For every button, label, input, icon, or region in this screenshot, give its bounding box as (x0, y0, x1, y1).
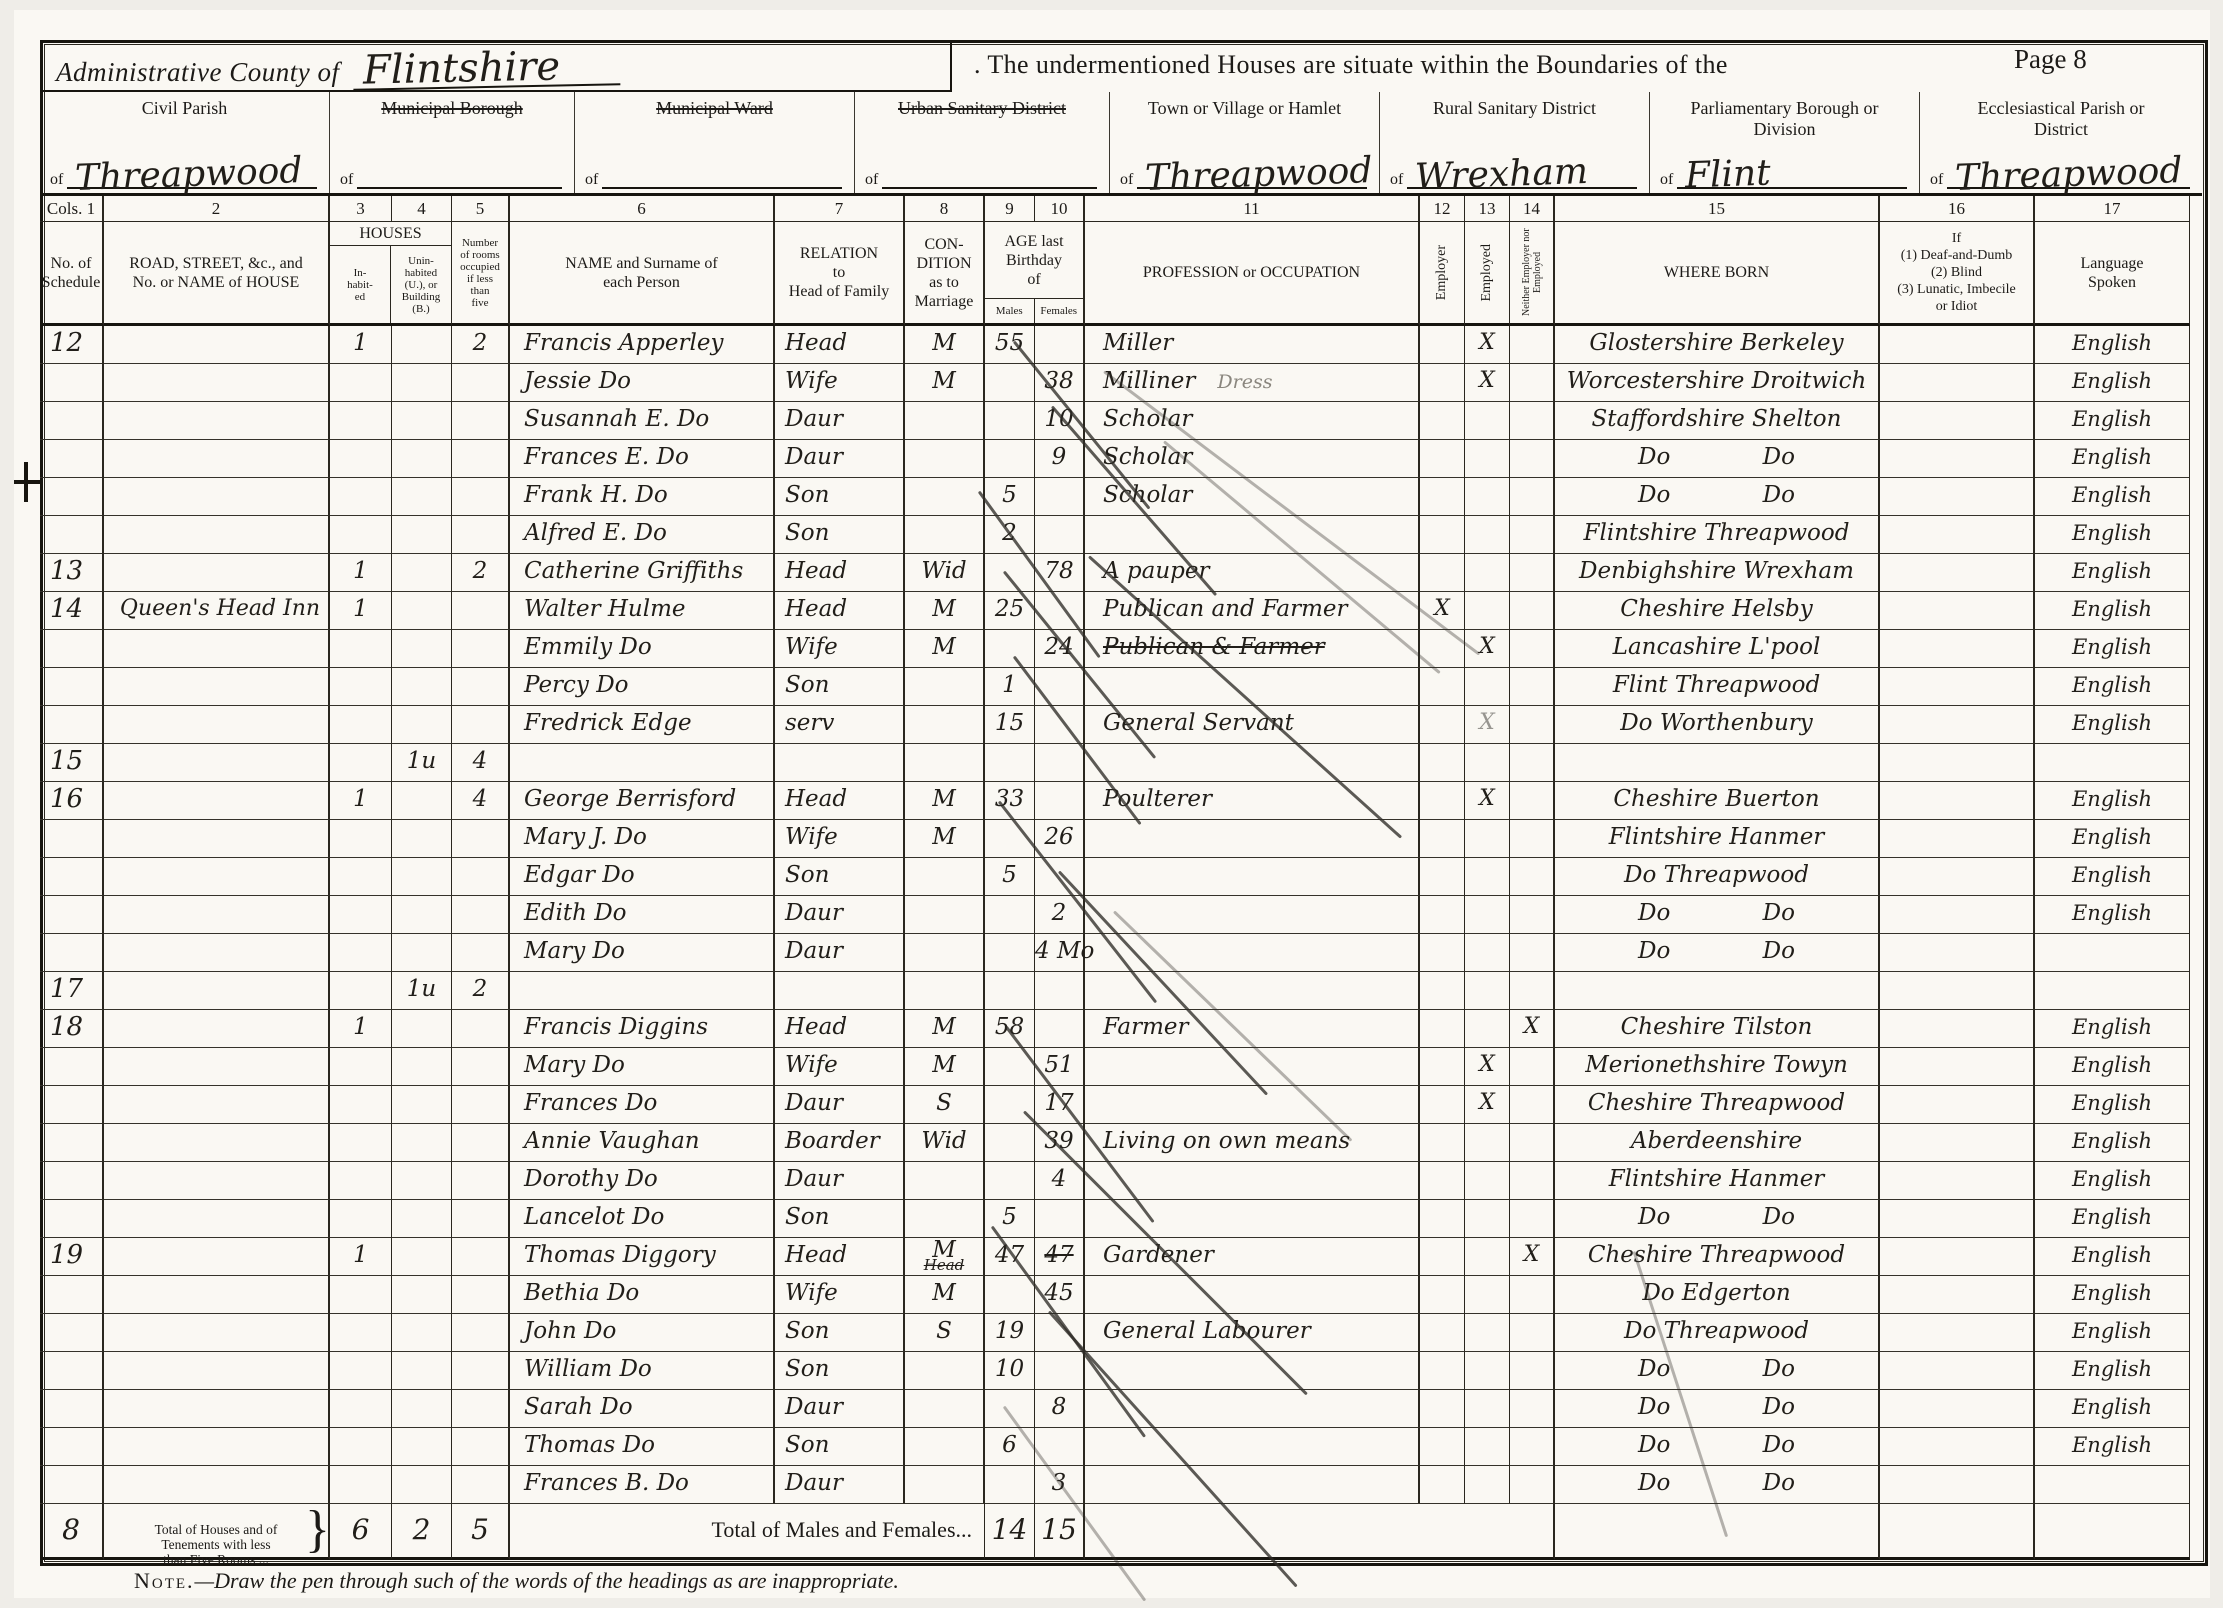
cell-employer-mark (1420, 1162, 1465, 1200)
column-number: 6 (510, 196, 775, 222)
cell-relation: Wife (775, 820, 905, 858)
cell-occupation (1085, 668, 1420, 706)
cell-relation: Boarder (775, 1124, 905, 1162)
cell-road-street (104, 440, 330, 478)
cell-age-male (985, 364, 1035, 402)
cell-where-born: Denbighshire Wrexham (1555, 554, 1880, 592)
cell-age-male (985, 554, 1035, 592)
cell-where-born: Glostershire Berkeley (1555, 326, 1880, 364)
cell-neither-mark (1510, 516, 1555, 554)
cell-where-born: Merionethshire Towyn (1555, 1048, 1880, 1086)
cell-where-born: Cheshire Tilston (1555, 1010, 1880, 1048)
cell-language (2035, 934, 2190, 972)
cell-inhabited (330, 630, 392, 668)
cell-neither-mark (1510, 592, 1555, 630)
cell-inhabited (330, 1428, 392, 1466)
cell-employed-mark (1465, 1124, 1510, 1162)
cell-person-name: Emmily Do (510, 630, 775, 668)
cell-age-male (985, 934, 1035, 972)
header-where-born: WHERE BORN (1555, 222, 1880, 326)
cell-age-male (985, 440, 1035, 478)
cell-schedule (40, 364, 104, 402)
cell-age-female: 26 (1035, 820, 1085, 858)
cell-road-street (104, 668, 330, 706)
cell-schedule (40, 1352, 104, 1390)
cell-schedule (40, 668, 104, 706)
cell-employer-mark (1420, 706, 1465, 744)
column-number: 9 (985, 196, 1035, 222)
header-age-females: Females (1035, 299, 1084, 323)
cell-relation: Wife (775, 1276, 905, 1314)
cell-relation: Head (775, 1238, 905, 1276)
cell-road-street (104, 1086, 330, 1124)
cell-road-street (104, 1200, 330, 1238)
cell-rooms (452, 440, 510, 478)
cell-person-name: Walter Hulme (510, 592, 775, 630)
cell-where-born: Flintshire Hanmer (1555, 820, 1880, 858)
cell-inhabited (330, 1162, 392, 1200)
cell-employed-mark (1465, 516, 1510, 554)
cell-relation: Daur (775, 896, 905, 934)
header-condition: CON- DITION as to Marriage (905, 222, 985, 326)
cell-where-born (1555, 744, 1880, 782)
cell-where-born: Do Do (1555, 1466, 1880, 1504)
cell-age-male: 5 (985, 478, 1035, 516)
cell-condition (905, 972, 985, 1010)
cell-road-street (104, 478, 330, 516)
cell-infirmity (1880, 1010, 2035, 1048)
cell-age-female (1035, 668, 1085, 706)
cell-schedule (40, 402, 104, 440)
cell-inhabited (330, 402, 392, 440)
header-relation: RELATION to Head of Family (775, 222, 905, 326)
header-name: NAME and Surname of each Person (510, 222, 775, 326)
district-label: Civil Parish (40, 98, 329, 119)
cell-where-born: Do Edgerton (1555, 1276, 1880, 1314)
cell-age-female: 47 (1035, 1238, 1085, 1276)
cell-inhabited (330, 1276, 392, 1314)
cell-employer-mark (1420, 972, 1465, 1010)
district-box-5: Town or Village or HamletofThreapwood (1110, 92, 1380, 193)
cell-age-female: 10 (1035, 402, 1085, 440)
cell-relation: Head (775, 326, 905, 364)
cell-infirmity (1880, 1124, 2035, 1162)
cell-where-born: Cheshire Helsby (1555, 592, 1880, 630)
cell-age-female: 2 (1035, 896, 1085, 934)
cell-age-female: 51 (1035, 1048, 1085, 1086)
cell-schedule: 12 (40, 326, 104, 364)
total-schedule: 8 (40, 1504, 104, 1560)
cell-language: English (2035, 326, 2190, 364)
cell-neither-mark (1510, 1466, 1555, 1504)
district-box-3: Municipal Wardof (575, 92, 855, 193)
total-blank-infirmity (1880, 1504, 2035, 1560)
cell-condition: M (905, 326, 985, 364)
cell-rooms (452, 1124, 510, 1162)
of-word: of (340, 171, 353, 189)
cell-inhabited (330, 516, 392, 554)
cell-condition (905, 402, 985, 440)
district-value: Wrexham (1415, 154, 1589, 196)
cell-uninhabited (392, 1048, 452, 1086)
cell-condition: M (905, 364, 985, 402)
cell-condition: M (905, 1276, 985, 1314)
cell-age-male (985, 820, 1035, 858)
cell-person-name: Lancelot Do (510, 1200, 775, 1238)
cell-rooms (452, 1276, 510, 1314)
cell-person-name: Fredrick Edge (510, 706, 775, 744)
cell-inhabited (330, 478, 392, 516)
cell-relation: Daur (775, 1466, 905, 1504)
paper-sheet: Administrative County of Flintshire . Th… (14, 10, 2210, 1598)
cell-infirmity (1880, 478, 2035, 516)
cell-uninhabited (392, 896, 452, 934)
header-employed: Employed (1465, 222, 1510, 326)
of-word: of (50, 171, 63, 189)
cell-neither-mark (1510, 1200, 1555, 1238)
cell-language: English (2035, 554, 2190, 592)
cell-relation: Wife (775, 1048, 905, 1086)
cell-occupation (1085, 1428, 1420, 1466)
cell-where-born: Do Threapwood (1555, 1314, 1880, 1352)
cell-employed-mark (1465, 934, 1510, 972)
cell-schedule (40, 858, 104, 896)
cell-inhabited: 1 (330, 554, 392, 592)
header-inhabited: In- habit- ed (330, 246, 391, 323)
cell-occupation (1085, 972, 1420, 1010)
cell-infirmity (1880, 820, 2035, 858)
cell-occupation (1085, 896, 1420, 934)
cell-employer-mark (1420, 326, 1465, 364)
header-schedule: No. of Schedule (40, 222, 104, 326)
cell-schedule (40, 706, 104, 744)
cell-uninhabited (392, 668, 452, 706)
header-rooms: Number of rooms occupied if less than fi… (452, 222, 510, 326)
cell-occupation: Living on own means (1085, 1124, 1420, 1162)
cell-employer-mark (1420, 1390, 1465, 1428)
cell-infirmity (1880, 972, 2035, 1010)
cell-employed-mark (1465, 896, 1510, 934)
cell-neither-mark (1510, 668, 1555, 706)
header-houses: HOUSES (330, 222, 451, 246)
cell-age-male (985, 1124, 1035, 1162)
cell-rooms (452, 1048, 510, 1086)
cell-employed-mark (1465, 1200, 1510, 1238)
cell-inhabited: 1 (330, 1238, 392, 1276)
cell-schedule (40, 1200, 104, 1238)
cell-infirmity (1880, 440, 2035, 478)
cell-where-born: Do Do (1555, 896, 1880, 934)
cell-age-female (1035, 1010, 1085, 1048)
cell-infirmity (1880, 1352, 2035, 1390)
cell-person-name: Mary J. Do (510, 820, 775, 858)
cell-neither-mark (1510, 554, 1555, 592)
cell-schedule (40, 934, 104, 972)
cell-inhabited (330, 858, 392, 896)
district-box-6: Rural Sanitary DistrictofWrexham (1380, 92, 1650, 193)
cell-employer-mark (1420, 782, 1465, 820)
footnote: Note.—Draw the pen through such of the w… (134, 1568, 899, 1594)
cell-rooms (452, 934, 510, 972)
cell-age-female (1035, 1352, 1085, 1390)
cell-rooms (452, 896, 510, 934)
cell-employed-mark (1465, 402, 1510, 440)
cell-infirmity (1880, 630, 2035, 668)
cell-age-female (1035, 744, 1085, 782)
cell-employer-mark (1420, 1200, 1465, 1238)
cell-relation: Son (775, 1428, 905, 1466)
footnote-text: —Draw the pen through such of the words … (195, 1568, 899, 1593)
cell-neither-mark (1510, 478, 1555, 516)
cell-uninhabited (392, 364, 452, 402)
cell-language: English (2035, 896, 2190, 934)
cell-inhabited: 1 (330, 592, 392, 630)
cell-person-name: Mary Do (510, 934, 775, 972)
cell-relation: Son (775, 668, 905, 706)
district-label: Municipal Ward (575, 98, 854, 119)
cell-neither-mark (1510, 1124, 1555, 1162)
cell-relation: Son (775, 1352, 905, 1390)
cell-uninhabited: 1u (392, 744, 452, 782)
cell-neither-mark (1510, 896, 1555, 934)
cell-age-female (1035, 1428, 1085, 1466)
cell-uninhabited (392, 1162, 452, 1200)
cell-infirmity (1880, 858, 2035, 896)
cell-where-born: Do Do (1555, 478, 1880, 516)
cell-condition (905, 1390, 985, 1428)
cell-rooms: 2 (452, 326, 510, 364)
cell-language: English (2035, 1010, 2190, 1048)
column-number: 12 (1420, 196, 1465, 222)
cell-language: English (2035, 782, 2190, 820)
header-infirmity: If (1) Deaf-and-Dumb (2) Blind (3) Lunat… (1880, 222, 2035, 326)
cell-infirmity (1880, 326, 2035, 364)
cell-age-male (985, 972, 1035, 1010)
cell-uninhabited (392, 592, 452, 630)
cell-road-street (104, 1428, 330, 1466)
cell-person-name: Edgar Do (510, 858, 775, 896)
cell-person-name: Bethia Do (510, 1276, 775, 1314)
cell-language: English (2035, 1352, 2190, 1390)
cell-language: English (2035, 592, 2190, 630)
cell-inhabited (330, 1466, 392, 1504)
cell-infirmity (1880, 744, 2035, 782)
cell-employed-mark (1465, 554, 1510, 592)
district-box-2: Municipal Boroughof (330, 92, 575, 193)
cell-occupation (1085, 1200, 1420, 1238)
cell-employed-mark (1465, 972, 1510, 1010)
cell-employer-mark (1420, 478, 1465, 516)
cell-relation: serv (775, 706, 905, 744)
cell-infirmity (1880, 516, 2035, 554)
struck-condition: Head (905, 1262, 983, 1268)
cell-employed-mark (1465, 744, 1510, 782)
cell-condition (905, 1352, 985, 1390)
column-number: 14 (1510, 196, 1555, 222)
header-employer: Employer (1420, 222, 1465, 326)
district-value: Threapwood (1955, 153, 2184, 197)
cell-age-male: 58 (985, 1010, 1035, 1048)
of-word: of (1930, 171, 1943, 189)
column-number: 17 (2035, 196, 2190, 222)
cell-road-street (104, 1010, 330, 1048)
cell-neither-mark (1510, 858, 1555, 896)
cell-age-male (985, 1466, 1035, 1504)
cell-schedule (40, 1466, 104, 1504)
cell-where-born: Flintshire Hanmer (1555, 1162, 1880, 1200)
cell-age-female: 3 (1035, 1466, 1085, 1504)
cell-person-name: Francis Diggins (510, 1010, 775, 1048)
cell-where-born: Worcestershire Droitwich (1555, 364, 1880, 402)
cell-inhabited (330, 1314, 392, 1352)
cell-condition: M (905, 630, 985, 668)
cell-person-name: Sarah Do (510, 1390, 775, 1428)
cell-language: English (2035, 1086, 2190, 1124)
cell-rooms: 4 (452, 782, 510, 820)
cell-occupation (1085, 1352, 1420, 1390)
cell-age-female (1035, 972, 1085, 1010)
cell-schedule: 18 (40, 1010, 104, 1048)
cell-infirmity (1880, 1390, 2035, 1428)
cell-schedule (40, 630, 104, 668)
cell-inhabited (330, 1352, 392, 1390)
cell-road-street (104, 972, 330, 1010)
cell-condition (905, 478, 985, 516)
cell-where-born: Cheshire Threapwood (1555, 1086, 1880, 1124)
cell-where-born: Do Do (1555, 1352, 1880, 1390)
cell-age-male (985, 630, 1035, 668)
cell-occupation: Publican and Farmer (1085, 592, 1420, 630)
cell-employer-mark (1420, 1352, 1465, 1390)
cell-person-name: Percy Do (510, 668, 775, 706)
cell-occupation: Scholar (1085, 478, 1420, 516)
cell-employed-mark: X (1465, 326, 1510, 364)
cell-age-female: 39 (1035, 1124, 1085, 1162)
column-number: 3 (330, 196, 392, 222)
cell-inhabited: 1 (330, 326, 392, 364)
admin-county-box: Administrative County of Flintshire (40, 40, 952, 92)
cell-employed-mark (1465, 1352, 1510, 1390)
cell-rooms: 4 (452, 744, 510, 782)
cell-uninhabited (392, 782, 452, 820)
cell-condition (905, 896, 985, 934)
cell-rooms (452, 630, 510, 668)
cell-road-street (104, 1238, 330, 1276)
cell-uninhabited (392, 1086, 452, 1124)
cell-infirmity (1880, 1466, 2035, 1504)
cell-employed-mark (1465, 1428, 1510, 1466)
cell-age-female (1035, 1200, 1085, 1238)
cell-rooms: 2 (452, 972, 510, 1010)
cell-age-female: 24 (1035, 630, 1085, 668)
district-label: Urban Sanitary District (855, 98, 1109, 119)
cell-where-born: Do Worthenbury (1555, 706, 1880, 744)
cell-employed-mark: X (1465, 1048, 1510, 1086)
cell-rooms (452, 858, 510, 896)
cell-road-street (104, 1124, 330, 1162)
cell-where-born: Aberdeenshire (1555, 1124, 1880, 1162)
header-age: AGE last Birthday of (985, 222, 1083, 298)
cell-infirmity (1880, 402, 2035, 440)
cell-schedule: 16 (40, 782, 104, 820)
district-label: Municipal Borough (330, 98, 574, 119)
cell-neither-mark (1510, 364, 1555, 402)
cell-age-female (1035, 478, 1085, 516)
cell-uninhabited (392, 1238, 452, 1276)
cell-language: English (2035, 1124, 2190, 1162)
cell-neither-mark (1510, 1086, 1555, 1124)
total-houses-label: Total of Houses and of Tenements with le… (104, 1504, 330, 1560)
cell-relation: Daur (775, 1086, 905, 1124)
cell-employed-mark (1465, 1314, 1510, 1352)
cell-uninhabited (392, 478, 452, 516)
cell-inhabited: 1 (330, 1010, 392, 1048)
column-number: Cols. 1 (40, 196, 104, 222)
cell-uninhabited (392, 630, 452, 668)
cell-rooms (452, 1466, 510, 1504)
cell-schedule (40, 1086, 104, 1124)
cell-person-name: Edith Do (510, 896, 775, 934)
cell-relation: Son (775, 1200, 905, 1238)
footnote-label: Note. (134, 1568, 195, 1593)
cell-rooms (452, 1162, 510, 1200)
cell-infirmity (1880, 364, 2035, 402)
cell-neither-mark (1510, 1276, 1555, 1314)
cell-relation: Daur (775, 402, 905, 440)
cell-neither-mark (1510, 1390, 1555, 1428)
header-houses-group: HOUSES In- habit- ed Unin- habited (U.),… (330, 222, 452, 326)
cell-person-name: Frances E. Do (510, 440, 775, 478)
cell-road-street (104, 858, 330, 896)
cell-rooms (452, 478, 510, 516)
header-uninhabited: Unin- habited (U.), or Building (B.) (391, 246, 451, 323)
cell-person-name: Annie Vaughan (510, 1124, 775, 1162)
cell-neither-mark (1510, 934, 1555, 972)
cell-person-name: Susannah E. Do (510, 402, 775, 440)
cell-employed-mark (1465, 668, 1510, 706)
cell-age-male (985, 1276, 1035, 1314)
cell-infirmity (1880, 668, 2035, 706)
cell-language: English (2035, 706, 2190, 744)
cell-neither-mark (1510, 972, 1555, 1010)
cell-occupation (1085, 858, 1420, 896)
cell-person-name: Frances Do (510, 1086, 775, 1124)
cell-occupation: Scholar (1085, 402, 1420, 440)
cell-infirmity (1880, 1086, 2035, 1124)
cell-employer-mark (1420, 1314, 1465, 1352)
cell-neither-mark (1510, 782, 1555, 820)
admin-county-value: Flintshire (353, 47, 621, 91)
column-header-row: No. of Schedule ROAD, STREET, &c., and N… (40, 222, 2202, 326)
cell-condition: S (905, 1314, 985, 1352)
cell-occupation: Publican & Farmer (1085, 630, 1420, 668)
cell-age-male: 5 (985, 858, 1035, 896)
cell-employed-mark (1465, 858, 1510, 896)
cell-schedule (40, 478, 104, 516)
cell-employer-mark (1420, 1048, 1465, 1086)
cell-condition (905, 440, 985, 478)
cell-infirmity (1880, 896, 2035, 934)
cell-person-name: Dorothy Do (510, 1162, 775, 1200)
cell-employed-mark (1465, 1162, 1510, 1200)
cell-relation: Son (775, 478, 905, 516)
pencil-note: Dress (1217, 371, 1272, 393)
cell-road-street (104, 1314, 330, 1352)
cell-employed-mark: X (1465, 364, 1510, 402)
cell-occupation: A pauper (1085, 554, 1420, 592)
cell-uninhabited (392, 440, 452, 478)
cell-language (2035, 744, 2190, 782)
